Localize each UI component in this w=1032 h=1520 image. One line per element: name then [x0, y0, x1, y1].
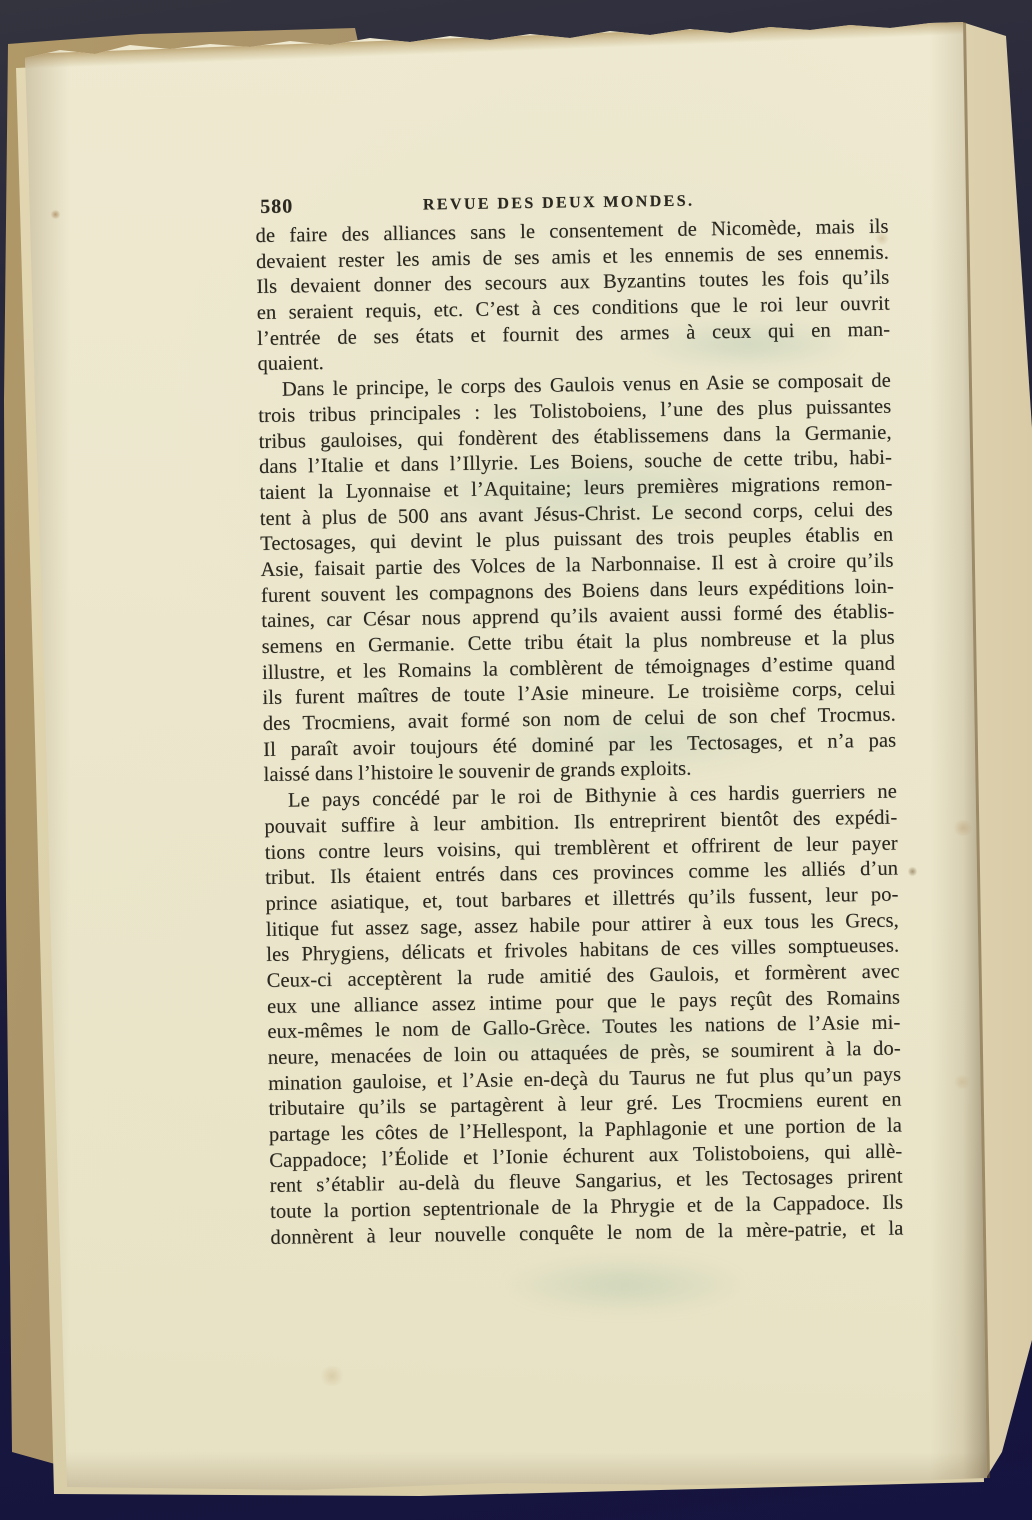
- foxing-spot: [318, 1366, 346, 1386]
- running-header: 580 REVUE DES DEUX MONDES.: [255, 187, 888, 220]
- foxing-spot: [50, 210, 61, 219]
- body-text: de faire des alliances sans le consentem…: [255, 215, 903, 1252]
- foxing-spot: [952, 820, 974, 836]
- text-column: 580 REVUE DES DEUX MONDES. de faire des …: [255, 187, 904, 1252]
- page-number: 580: [260, 195, 293, 218]
- book-photo: 580 REVUE DES DEUX MONDES. de faire des …: [0, 0, 1032, 1520]
- show-through-patch: [455, 1245, 795, 1325]
- book-page: 580 REVUE DES DEUX MONDES. de faire des …: [0, 0, 1032, 1520]
- journal-title: REVUE DES DEUX MONDES.: [255, 187, 888, 217]
- foxing-spot: [908, 866, 917, 877]
- foxing-spot: [953, 1075, 971, 1089]
